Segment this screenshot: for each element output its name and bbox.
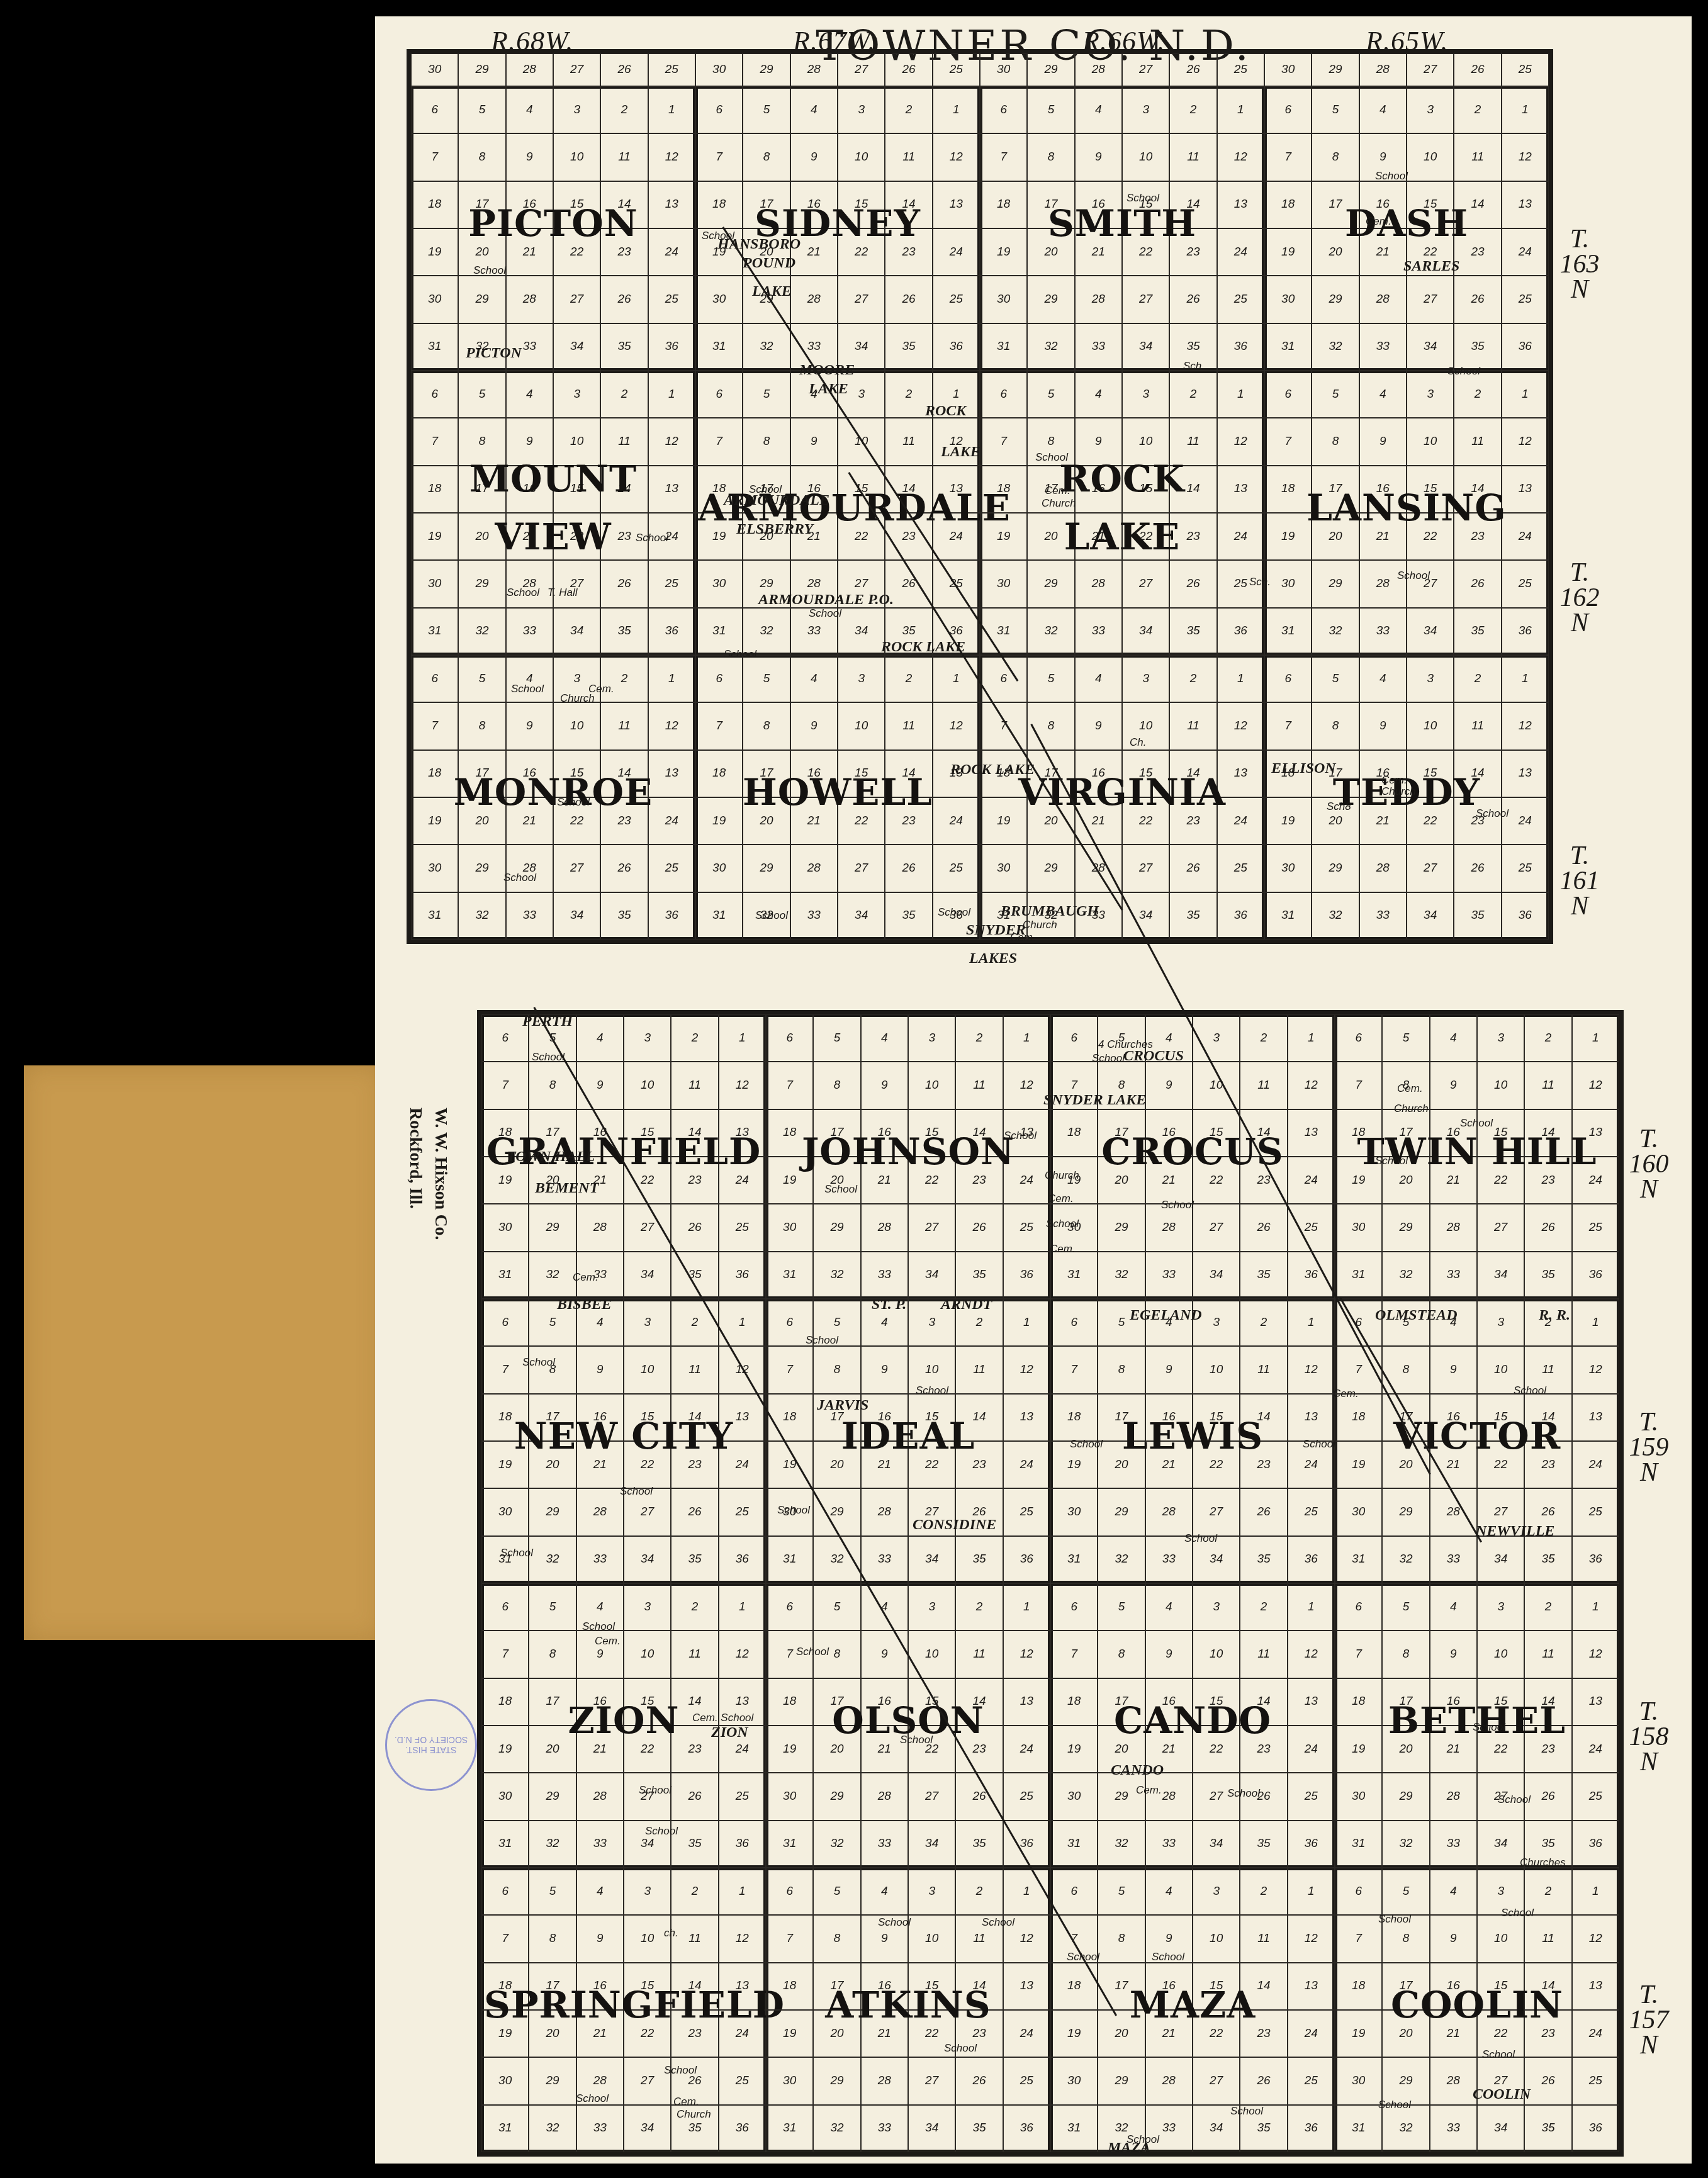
- section-number: 23: [1240, 1174, 1286, 1187]
- section-number: 12: [1502, 719, 1548, 733]
- section-number: 32: [1028, 340, 1074, 354]
- section-number: 28: [1146, 2074, 1192, 2088]
- section-number: 32: [1098, 1837, 1144, 1851]
- section-number: 33: [862, 1552, 907, 1566]
- section-cell: 2: [1454, 655, 1501, 702]
- town-label: ZION: [711, 1724, 748, 1741]
- section-cell: 7: [1335, 1631, 1382, 1678]
- section-number: 20: [529, 2027, 575, 2041]
- section-cell: 7: [695, 702, 743, 749]
- township-number-label: T.157N: [1624, 1982, 1674, 2058]
- section-number: 16: [791, 198, 837, 211]
- town-label: JARVIS: [817, 1397, 868, 1414]
- section-cell: 12: [1003, 1631, 1050, 1678]
- section-number: 35: [956, 1552, 1002, 1566]
- section-number: 5: [1312, 388, 1358, 401]
- section-cell: 30: [481, 2057, 529, 2104]
- section-cell: 27: [838, 276, 885, 323]
- section-cell: 17: [1027, 181, 1074, 228]
- section-number: 14: [1525, 1695, 1571, 1709]
- section-number: 29: [1028, 63, 1074, 77]
- section-number: 6: [482, 1031, 528, 1045]
- section-cell: 11: [1454, 702, 1501, 749]
- section-cell: 7: [1050, 1346, 1098, 1393]
- section-number: 15: [909, 1979, 955, 1993]
- section-cell: 13: [933, 466, 980, 513]
- section-number: 2: [671, 1031, 717, 1045]
- section-cell: 24: [1217, 797, 1264, 845]
- section-cell: 11: [1240, 1346, 1287, 1393]
- section-number: 5: [1383, 1885, 1429, 1899]
- township-atkins: 6543217891011121817161514131920212223243…: [766, 1868, 1050, 2152]
- township-coolin: 6543217891011121817161514131920212223243…: [1335, 1868, 1619, 2152]
- town-label: LAKES: [969, 950, 1017, 967]
- section-cell: 7: [411, 418, 458, 465]
- section-cell: 13: [1217, 181, 1264, 228]
- section-number: 7: [980, 150, 1026, 164]
- section-number: 22: [1123, 245, 1169, 259]
- section-number: 19: [1335, 1458, 1381, 1472]
- section-number: 19: [767, 1743, 812, 1756]
- section-cell: 12: [1288, 1062, 1335, 1109]
- section-number: 13: [1004, 1410, 1050, 1424]
- section-cell: 29: [1382, 1773, 1429, 1820]
- feature-label: School: [500, 1547, 533, 1559]
- section-cell: 28: [1145, 2057, 1193, 2104]
- section-cell: 35: [600, 323, 648, 371]
- section-cell: 28: [1430, 2057, 1477, 2104]
- section-cell: 35: [1524, 2105, 1571, 2152]
- section-number: 20: [1383, 2027, 1429, 2041]
- section-number: 27: [1193, 2074, 1239, 2088]
- section-number: 6: [1265, 672, 1311, 686]
- town-label: BISBEE: [557, 1296, 612, 1313]
- section-number: 6: [980, 672, 1026, 686]
- section-cell: 4: [1075, 86, 1122, 133]
- section-cell: 5: [743, 655, 790, 702]
- section-number: 36: [719, 1552, 765, 1566]
- section-number: 36: [649, 340, 695, 354]
- town-label: OLMSTEAD: [1375, 1307, 1458, 1324]
- section-number: 32: [1028, 624, 1074, 638]
- section-cell: 25: [648, 276, 695, 323]
- section-cell: 27: [908, 1773, 955, 1820]
- section-cell: 8: [743, 418, 790, 465]
- section-cell: 25: [1217, 53, 1264, 86]
- section-cell: 19: [1050, 1726, 1098, 1773]
- section-number: 11: [956, 1932, 1002, 1946]
- section-number: 25: [719, 2074, 765, 2088]
- section-cell: 32: [813, 1252, 860, 1299]
- section-cell: 23: [1524, 2010, 1571, 2057]
- town-label: COOLIN: [1473, 2086, 1531, 2103]
- section-number: 6: [767, 1600, 812, 1614]
- section-number: 27: [624, 1505, 670, 1519]
- section-cell: 28: [790, 276, 838, 323]
- feature-label: Cem.: [1010, 931, 1036, 944]
- section-number: 27: [1123, 862, 1169, 875]
- feature-label: School: [1501, 1907, 1534, 1919]
- section-cell: 23: [955, 1441, 1003, 1488]
- section-cell: 36: [1288, 1821, 1335, 1868]
- feature-label: School: [645, 1825, 678, 1838]
- section-number: 29: [814, 1790, 860, 1804]
- section-cell: 2: [1454, 371, 1501, 418]
- section-cell: 32: [529, 1821, 576, 1868]
- section-cell: 15: [553, 466, 600, 513]
- section-number: 9: [1430, 1079, 1476, 1092]
- section-cell: 17: [743, 750, 790, 797]
- section-cell: 4: [790, 86, 838, 133]
- section-cell: 18: [1335, 1678, 1382, 1726]
- section-cell: 24: [1288, 1726, 1335, 1773]
- section-cell: 10: [908, 1915, 955, 1962]
- section-number: 5: [459, 672, 505, 686]
- section-number: 9: [507, 150, 553, 164]
- section-cell: 29: [1312, 53, 1359, 86]
- section-number: 13: [1573, 1979, 1619, 1993]
- section-cell: 4: [1359, 371, 1407, 418]
- section-cell: 5: [743, 371, 790, 418]
- section-number: 13: [719, 1410, 765, 1424]
- section-cell: 21: [576, 2010, 624, 2057]
- section-number: 11: [956, 1648, 1002, 1661]
- section-cell: 18: [766, 1963, 813, 2010]
- section-cell: 7: [766, 1915, 813, 1962]
- section-cell: 26: [1169, 53, 1216, 86]
- section-number: 28: [577, 2074, 623, 2088]
- section-number: 11: [956, 1363, 1002, 1377]
- township-dash: 6543217891011121817161514131920212223243…: [1264, 86, 1549, 371]
- section-cell: 8: [1312, 702, 1359, 749]
- section-number: 14: [1525, 1410, 1571, 1424]
- section-number: 31: [1051, 1552, 1097, 1566]
- section-cell: 18: [1050, 1109, 1098, 1157]
- section-cell: 15: [553, 181, 600, 228]
- section-cell: 10: [1193, 1915, 1240, 1962]
- section-cell: 11: [955, 1346, 1003, 1393]
- section-cell: 2: [600, 86, 648, 133]
- section-cell: 32: [458, 892, 505, 940]
- section-number: 34: [909, 2121, 955, 2135]
- section-cell: 28: [1359, 53, 1407, 86]
- section-number: 18: [1051, 1979, 1097, 1993]
- section-number: 19: [980, 245, 1026, 259]
- section-cell: 27: [1122, 53, 1169, 86]
- section-number: 7: [1265, 435, 1311, 449]
- section-cell: 14: [671, 1963, 718, 2010]
- section-cell: 11: [885, 702, 932, 749]
- section-number: 19: [1265, 245, 1311, 259]
- section-number: 31: [767, 1552, 812, 1566]
- section-cell: 2: [671, 1868, 718, 1915]
- section-number: 22: [554, 530, 600, 544]
- section-number: 6: [767, 1316, 812, 1330]
- section-number: 18: [1335, 1126, 1381, 1140]
- section-number: 15: [1478, 1410, 1524, 1424]
- section-number: 15: [554, 766, 600, 780]
- section-number: 12: [719, 1648, 765, 1661]
- section-cell: 9: [1075, 418, 1122, 465]
- section-number: 9: [791, 150, 837, 164]
- feature-label: School: [878, 1916, 911, 1929]
- section-number: 20: [1312, 245, 1358, 259]
- section-cell: 8: [1382, 1631, 1429, 1678]
- section-number: 29: [529, 2074, 575, 2088]
- section-cell: 29: [1312, 560, 1359, 607]
- section-number: 20: [529, 1458, 575, 1472]
- section-cell: 33: [1359, 892, 1407, 940]
- lower-map-block: 6543217891011121817161514131920212223243…: [477, 1010, 1624, 2157]
- section-number: 26: [1240, 1505, 1286, 1519]
- section-number: 27: [838, 293, 884, 306]
- section-cell: 18: [1264, 466, 1312, 513]
- section-number: 13: [649, 198, 695, 211]
- township-cando: 6543217891011121817161514131920212223243…: [1050, 1583, 1335, 1868]
- section-cell: 8: [813, 1915, 860, 1962]
- section-cell: 14: [1169, 466, 1216, 513]
- section-number: 26: [671, 1221, 717, 1235]
- section-cell: 23: [885, 797, 932, 845]
- section-cell: 26: [671, 1773, 718, 1820]
- section-cell: 29: [1382, 1488, 1429, 1535]
- section-cell: 26: [1454, 53, 1501, 86]
- section-number: 15: [554, 482, 600, 496]
- section-cell: 12: [1572, 1915, 1619, 1962]
- section-number: 36: [719, 2121, 765, 2135]
- section-number: 26: [1454, 63, 1500, 77]
- section-cell: 23: [600, 228, 648, 276]
- section-number: 17: [1312, 198, 1358, 211]
- section-number: 30: [980, 63, 1026, 77]
- section-number: 2: [956, 1600, 1002, 1614]
- section-cell: 9: [1075, 702, 1122, 749]
- section-number: 33: [507, 624, 553, 638]
- section-number: 22: [554, 814, 600, 828]
- section-number: 21: [862, 2027, 907, 2041]
- section-cell: 3: [908, 1583, 955, 1631]
- section-number: 15: [1193, 1410, 1239, 1424]
- section-number: 7: [482, 1079, 528, 1092]
- section-cell: 4: [1430, 1583, 1477, 1631]
- section-number: 34: [554, 340, 600, 354]
- section-number: 23: [1525, 1458, 1571, 1472]
- section-cell: 14: [955, 1394, 1003, 1441]
- section-cell: 34: [1122, 323, 1169, 371]
- section-number: 3: [1407, 672, 1453, 686]
- section-number: 16: [1146, 1126, 1192, 1140]
- section-cell: 33: [576, 2105, 624, 2152]
- section-number: 12: [1004, 1363, 1050, 1377]
- section-number: 8: [1098, 1079, 1144, 1092]
- section-number: 8: [743, 719, 789, 733]
- town-label: POUND: [743, 255, 795, 272]
- section-number: 12: [1004, 1932, 1050, 1946]
- section-cell: 16: [1145, 1678, 1193, 1726]
- feature-label: Cem.: [1050, 1243, 1076, 1255]
- section-cell: 15: [908, 1963, 955, 2010]
- section-cell: 24: [933, 513, 980, 560]
- section-cell: 15: [908, 1678, 955, 1726]
- section-cell: 15: [1122, 466, 1169, 513]
- section-number: 31: [482, 1837, 528, 1851]
- township-mount-view: 6543217891011121817161514131920212223243…: [411, 371, 695, 655]
- section-number: 33: [862, 2121, 907, 2135]
- section-number: 29: [1312, 577, 1358, 591]
- section-number: 32: [743, 624, 789, 638]
- section-cell: 6: [1264, 86, 1312, 133]
- section-number: 11: [1240, 1079, 1286, 1092]
- feature-label: School: [1378, 1913, 1411, 1926]
- section-cell: 17: [1098, 1678, 1145, 1726]
- section-number: 11: [885, 150, 931, 164]
- section-number: 26: [1170, 577, 1216, 591]
- section-number: 14: [956, 1126, 1002, 1140]
- section-number: 35: [1525, 1837, 1571, 1851]
- section-cell: 11: [1240, 1062, 1287, 1109]
- section-cell: 32: [1382, 1821, 1429, 1868]
- section-number: 26: [1454, 577, 1500, 591]
- section-number: 30: [1265, 862, 1311, 875]
- feature-label: ch.: [664, 1927, 678, 1939]
- section-cell: 22: [1193, 2010, 1240, 2057]
- section-cell: 33: [1359, 323, 1407, 371]
- section-number: 20: [1028, 245, 1074, 259]
- section-number: 4: [1360, 388, 1406, 401]
- feature-label: Sch.: [1249, 576, 1271, 588]
- section-cell: 10: [1477, 1631, 1524, 1678]
- section-cell: 4: [861, 1583, 908, 1631]
- section-cell: 11: [955, 1062, 1003, 1109]
- section-cell: 5: [458, 655, 505, 702]
- section-cell: 34: [1477, 1252, 1524, 1299]
- section-number: 25: [1288, 1790, 1334, 1804]
- section-number: 12: [1288, 1932, 1334, 1946]
- section-cell: 23: [955, 1157, 1003, 1204]
- section-number: 23: [601, 245, 647, 259]
- feature-label: Church: [677, 2108, 711, 2121]
- section-number: 14: [1240, 1979, 1286, 1993]
- section-number: 24: [1288, 1458, 1334, 1472]
- section-cell: 28: [1075, 276, 1122, 323]
- section-cell: 14: [600, 181, 648, 228]
- section-cell: 8: [1098, 1915, 1145, 1962]
- section-number: 19: [767, 1458, 812, 1472]
- section-cell: 31: [481, 1536, 529, 1583]
- section-cell: 21: [861, 2010, 908, 2057]
- section-cell: 8: [1027, 702, 1074, 749]
- section-cell: 26: [885, 276, 932, 323]
- section-number: 29: [814, 1505, 860, 1519]
- section-cell: 14: [1524, 1109, 1571, 1157]
- section-cell: 31: [1050, 1252, 1098, 1299]
- section-number: 8: [1383, 1648, 1429, 1661]
- section-cell: 12: [1572, 1631, 1619, 1678]
- section-cell: 26: [1240, 2057, 1287, 2104]
- section-cell: 25: [719, 1204, 766, 1251]
- section-cell: 32: [1098, 1252, 1145, 1299]
- section-number: 6: [767, 1031, 812, 1045]
- section-cell: 14: [1240, 1394, 1287, 1441]
- section-number: 9: [862, 1363, 907, 1377]
- section-cell: 27: [553, 560, 600, 607]
- feature-label: School: [1004, 1130, 1037, 1142]
- section-cell: 3: [1122, 655, 1169, 702]
- section-number: 11: [601, 150, 647, 164]
- section-number: 28: [791, 862, 837, 875]
- section-cell: 30: [766, 1773, 813, 1820]
- section-number: 30: [482, 1790, 528, 1804]
- section-number: 2: [671, 1885, 717, 1899]
- section-cell: 33: [576, 1536, 624, 1583]
- section-cell: 13: [648, 750, 695, 797]
- section-number: 9: [577, 1079, 623, 1092]
- section-cell: 34: [838, 608, 885, 655]
- section-cell: 12: [1217, 418, 1264, 465]
- section-number: 31: [412, 909, 458, 923]
- section-number: 35: [1525, 1552, 1571, 1566]
- section-number: 29: [814, 1221, 860, 1235]
- section-cell: 19: [481, 1726, 529, 1773]
- section-number: 7: [1051, 1079, 1097, 1092]
- section-number: 8: [1028, 435, 1074, 449]
- feature-label: School: [1375, 1155, 1408, 1167]
- section-cell: 14: [1524, 1678, 1571, 1726]
- section-cell: 25: [1003, 1773, 1050, 1820]
- section-cell: 29: [1027, 845, 1074, 892]
- section-cell: 11: [1240, 1631, 1287, 1678]
- section-cell: 13: [648, 466, 695, 513]
- section-number: 5: [743, 103, 789, 117]
- section-cell: 28: [1430, 1773, 1477, 1820]
- section-number: 35: [1454, 340, 1500, 354]
- section-cell: 5: [1382, 1868, 1429, 1915]
- township-howell: 6543217891011121817161514131920212223243…: [695, 655, 980, 940]
- section-cell: 16: [1075, 466, 1122, 513]
- section-number: 15: [1193, 1979, 1239, 1993]
- feature-label: School: [473, 264, 506, 277]
- section-cell: 33: [1430, 1536, 1477, 1583]
- section-number: 27: [1193, 1221, 1239, 1235]
- section-number: 36: [1502, 624, 1548, 638]
- section-cell: 18: [766, 1109, 813, 1157]
- section-cell: 29: [1312, 276, 1359, 323]
- section-number: 9: [862, 1079, 907, 1092]
- section-cell: 17: [813, 1678, 860, 1726]
- section-cell: 23: [1169, 797, 1216, 845]
- section-cell: 29: [1382, 2057, 1429, 2104]
- section-number: 34: [909, 1837, 955, 1851]
- feature-label: Cem.: [1333, 1388, 1359, 1400]
- section-cell: 31: [1335, 1536, 1382, 1583]
- section-number: 21: [507, 814, 553, 828]
- section-cell: 1: [1003, 1014, 1050, 1062]
- township-lansing: 6543217891011121817161514131920212223243…: [1264, 371, 1549, 655]
- section-number: 12: [1288, 1648, 1334, 1661]
- section-number: 22: [1193, 2027, 1239, 2041]
- section-cell: 28: [1430, 1204, 1477, 1251]
- feature-label: Cem.: [595, 1635, 621, 1648]
- section-cell: 11: [671, 1062, 718, 1109]
- section-cell: 1: [1217, 86, 1264, 133]
- section-cell: 22: [1477, 1441, 1524, 1488]
- section-cell: 35: [671, 1536, 718, 1583]
- section-number: 30: [767, 2074, 812, 2088]
- section-number: 9: [1146, 1648, 1192, 1661]
- section-number: 30: [696, 577, 742, 591]
- section-cell: 30: [980, 276, 1027, 323]
- section-cell: 6: [695, 86, 743, 133]
